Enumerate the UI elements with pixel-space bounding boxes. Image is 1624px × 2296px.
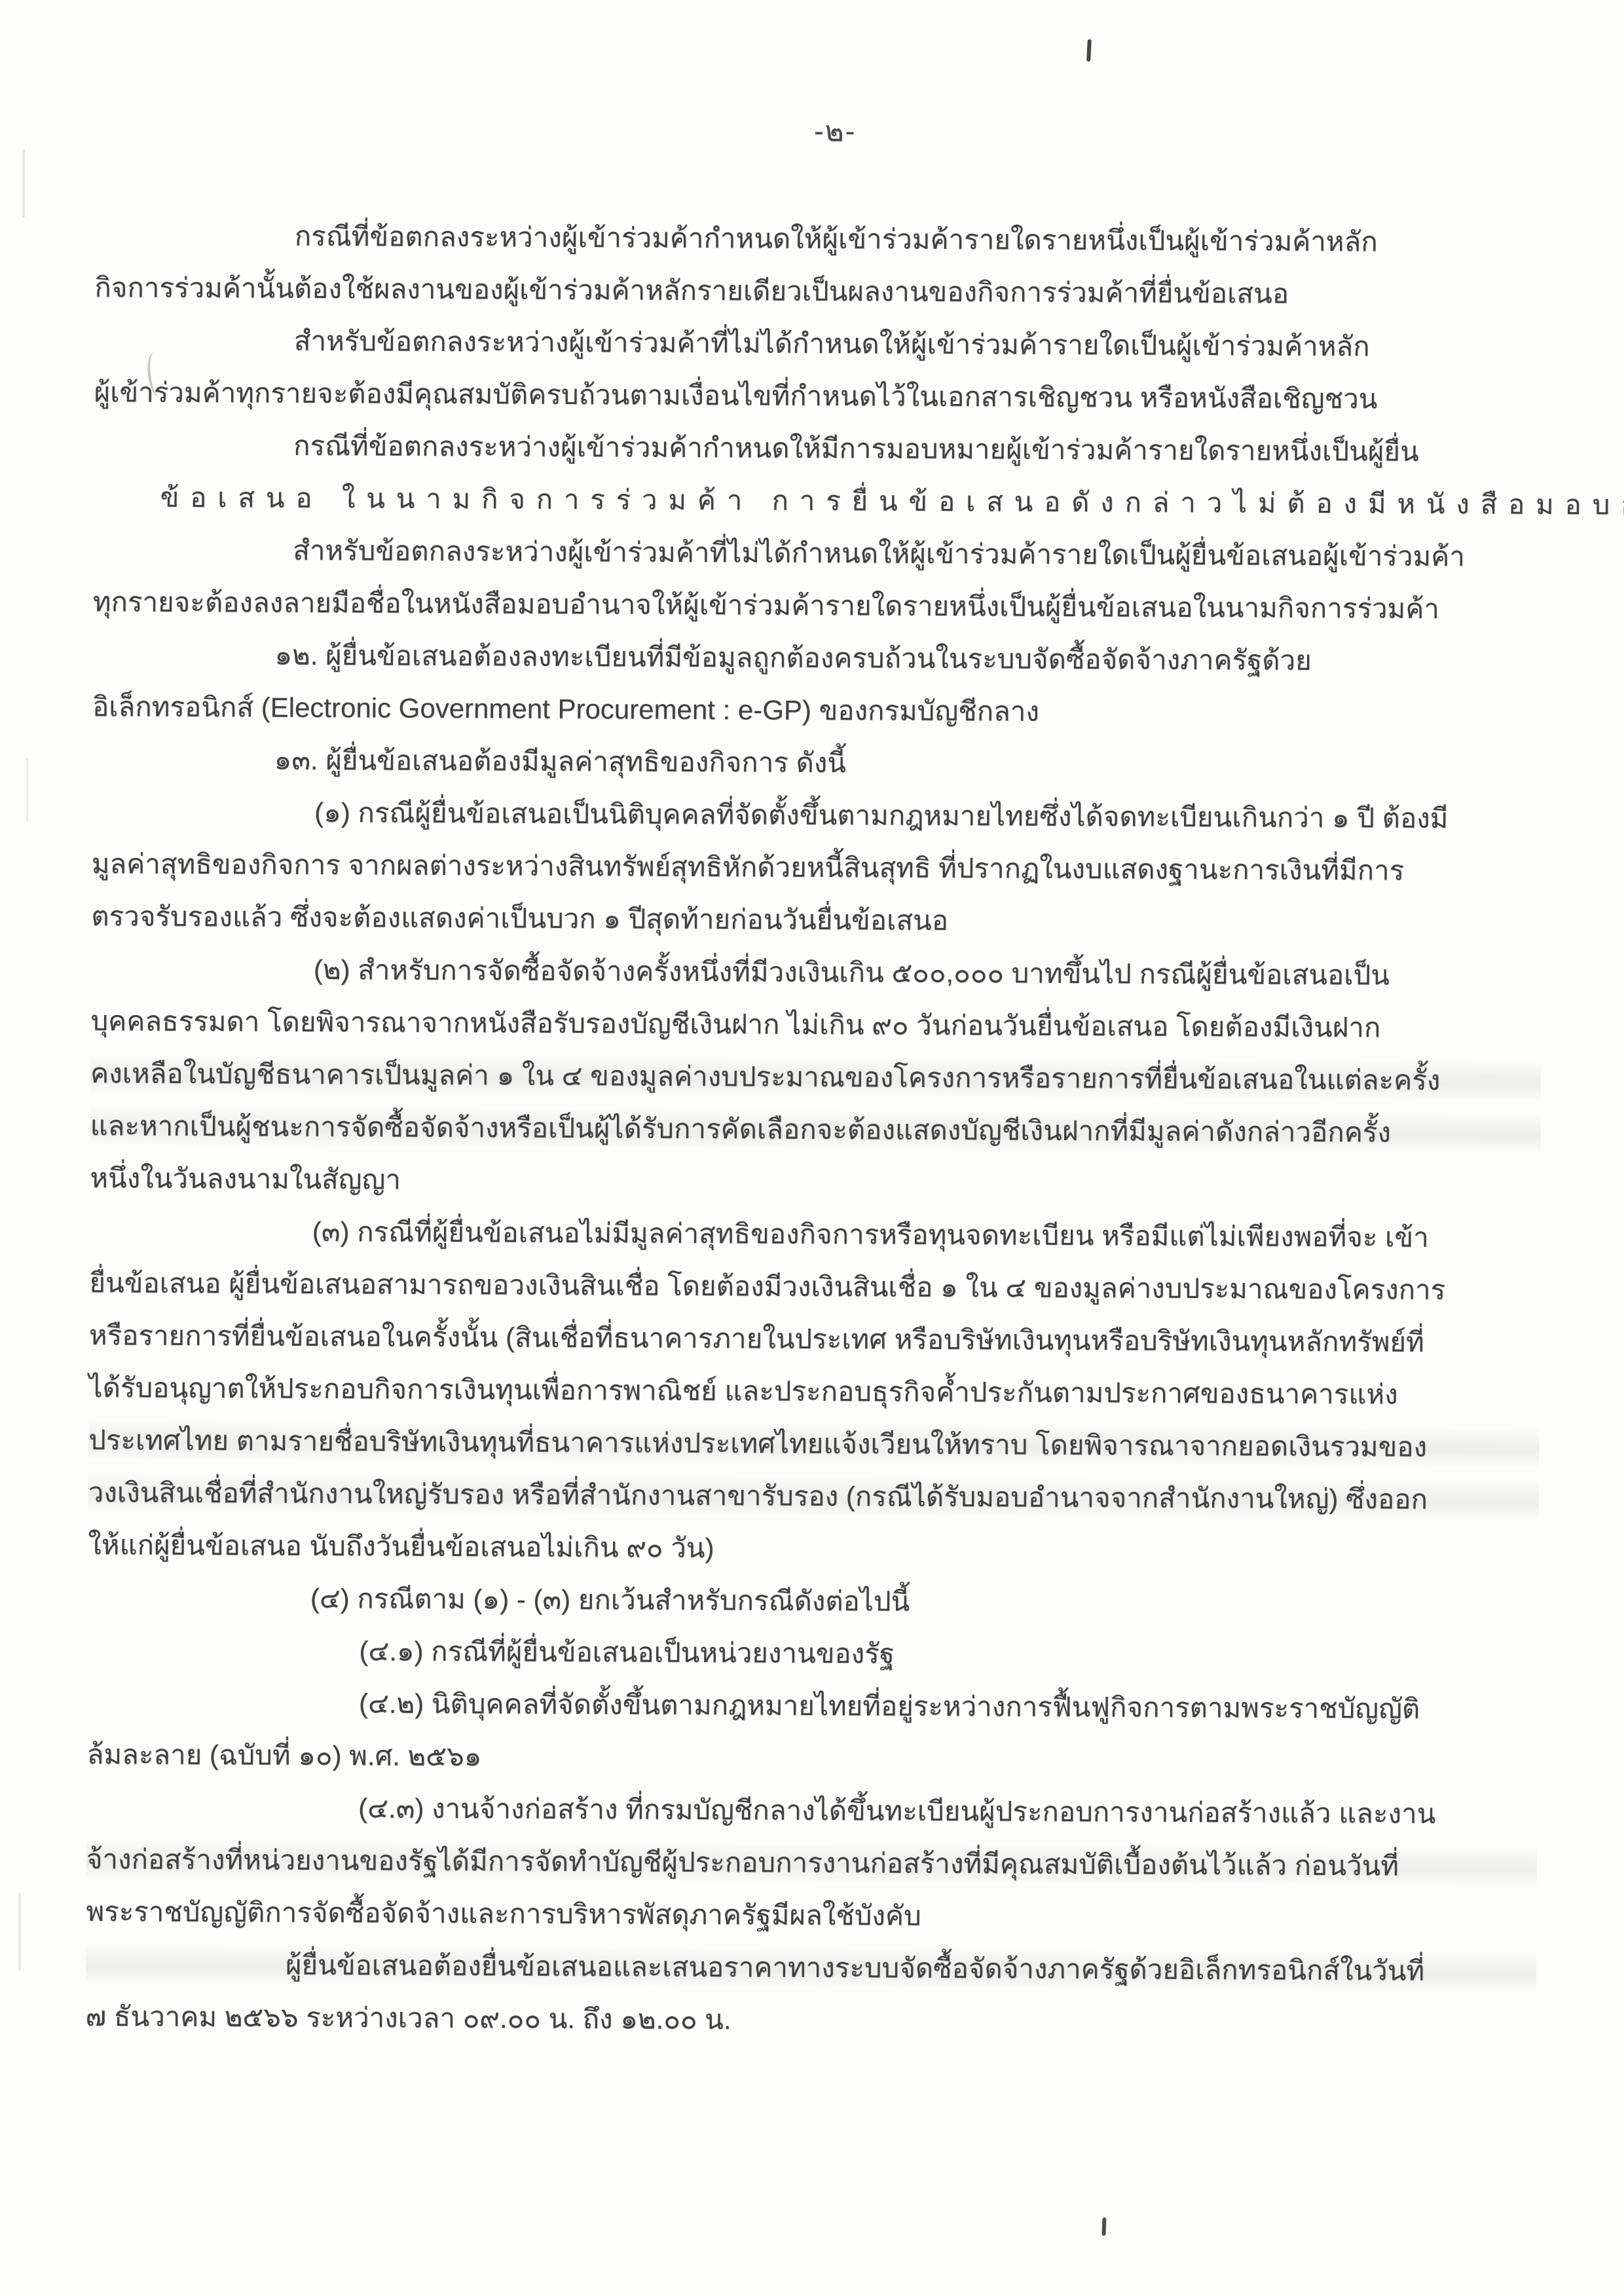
text-line: ได้รับอนุญาตให้ประกอบกิจการเงินทุนเพื่อก… [88,1361,1539,1422]
text-line: และหากเป็นผู้ชนะการจัดซื้อจัดจ้างหรือเป็… [90,1100,1540,1160]
text-line: ล้มละลาย (ฉบับที่ ๑๐) พ.ศ. ๒๕๖๑ [86,1728,1537,1788]
text-line: (๔) กรณีตาม (๑) - (๓) ยกเว้นสำหรับกรณีดั… [88,1571,1538,1631]
text-line: ๑๓. ผู้ยื่นข้อเสนอต้องมีมูลค่าสุทธิของกิ… [92,733,1542,793]
text-line: ผู้ยื่นข้อเสนอต้องยื่นข้อเสนอและเสนอราคา… [86,1938,1536,1998]
text-line: กรณีที่ข้อตกลงระหว่างผู้เข้าร่วมค้ากำหนด… [94,418,1544,479]
text-line: ๗ ธันวาคม ๒๕๖๖ ระหว่างเวลา ๐๙.๐๐ น. ถึง … [85,1990,1536,2050]
text-line: ผู้เข้าร่วมค้าทุกรายจะต้องมีคุณสมบัติครบ… [94,366,1544,426]
text-line: สำหรับข้อตกลงระหว่างผู้เข้าร่วมค้าที่ไม่… [93,523,1543,583]
text-line: ทุกรายจะต้องลงลายมือชื่อในหนังสือมอบอำนา… [93,576,1543,636]
text-line: อิเล็กทรอนิกส์ (Electronic Government Pr… [92,680,1543,741]
text-line: (๒) สำหรับการจัดซื้อจัดจ้างครั้งหนึ่งที่… [91,942,1541,1003]
scan-artifact-edge-streak [26,758,28,821]
text-line: (๔.๑) กรณีที่ผู้ยื่นข้อเสนอเป็นหน่วยงานข… [87,1623,1538,1684]
page-number: -๒- [814,108,856,154]
text-line: กรณีที่ข้อตกลงระหว่างผู้เข้าร่วมค้ากำหนด… [95,209,1545,269]
text-line: ๑๒. ผู้ยื่นข้อเสนอต้องลงทะเบียนที่มีข้อม… [92,628,1543,688]
text-line: คงเหลือในบัญชีธนาคารเป็นมูลค่า ๑ ใน ๔ ขอ… [90,1047,1541,1107]
text-line: ข้อเสนอ ในนามกิจการร่วมค้า การยื่นข้อเสน… [94,471,1544,531]
scan-artifact-bottom-tick [1102,2217,1107,2236]
text-line: จ้างก่อสร้างที่หน่วยงานของรัฐได้มีการจัด… [86,1833,1537,1893]
text-line: วงเงินสินเชื่อที่สำนักงานใหญ่รับรอง หรือ… [88,1466,1539,1527]
text-line: สำหรับข้อตกลงระหว่างผู้เข้าร่วมค้าที่ไม่… [94,314,1545,374]
text-line: (๑) กรณีผู้ยื่นข้อเสนอเป็นนิติบุคคลที่จั… [92,785,1542,845]
text-line: (๔.๓) งานจ้างก่อสร้าง ที่กรมบัญชีกลางได้… [86,1781,1537,1841]
scan-artifact-edge-streak [22,149,25,217]
text-line: (๔.๒) นิติบุคคลที่จัดตั้งขึ้นตามกฎหมายไท… [87,1676,1538,1736]
text-line: ให้แก่ผู้ยื่นข้อเสนอ นับถึงวันยื่นข้อเสน… [88,1519,1538,1579]
text-line: (๓) กรณีที่ผู้ยื่นข้อเสนอไม่มีมูลค่าสุทธ… [90,1204,1540,1265]
document-body: กรณีที่ข้อตกลงระหว่างผู้เข้าร่วมค้ากำหนด… [85,209,1545,2050]
text-line: พระราชบัญญัติการจัดซื้อจัดจ้างและการบริห… [86,1885,1536,1946]
text-line: มูลค่าสุทธิของกิจการ จากผลต่างระหว่างสิน… [92,838,1542,898]
scan-artifact-top-tick [1086,39,1092,62]
text-line: ประเทศไทย ตามรายชื่อบริษัทเงินทุนที่ธนาค… [88,1414,1539,1474]
text-line: หนึ่งในวันลงนามในสัญญา [90,1152,1540,1212]
text-line: บุคคลธรรมดา โดยพิจารณาจากหนังสือรับรองบั… [90,995,1541,1055]
text-line: หรือรายการที่ยื่นข้อเสนอในครั้งนั้น (สิน… [89,1309,1540,1369]
scan-artifact-edge-streak [18,1893,21,1971]
text-line: ยื่นข้อเสนอ ผู้ยื่นข้อเสนอสามารถขอวงเงิน… [89,1257,1540,1317]
scanned-document-page: -๒- กรณีที่ข้อตกลงระหว่างผู้เข้าร่วมค้าก… [0,0,1624,2296]
text-line: ตรวจรับรองแล้ว ซึ่งจะต้องแสดงค่าเป็นบวก … [91,890,1541,950]
text-line: กิจการร่วมค้านั้นต้องใช้ผลงานของผู้เข้าร… [94,261,1545,322]
